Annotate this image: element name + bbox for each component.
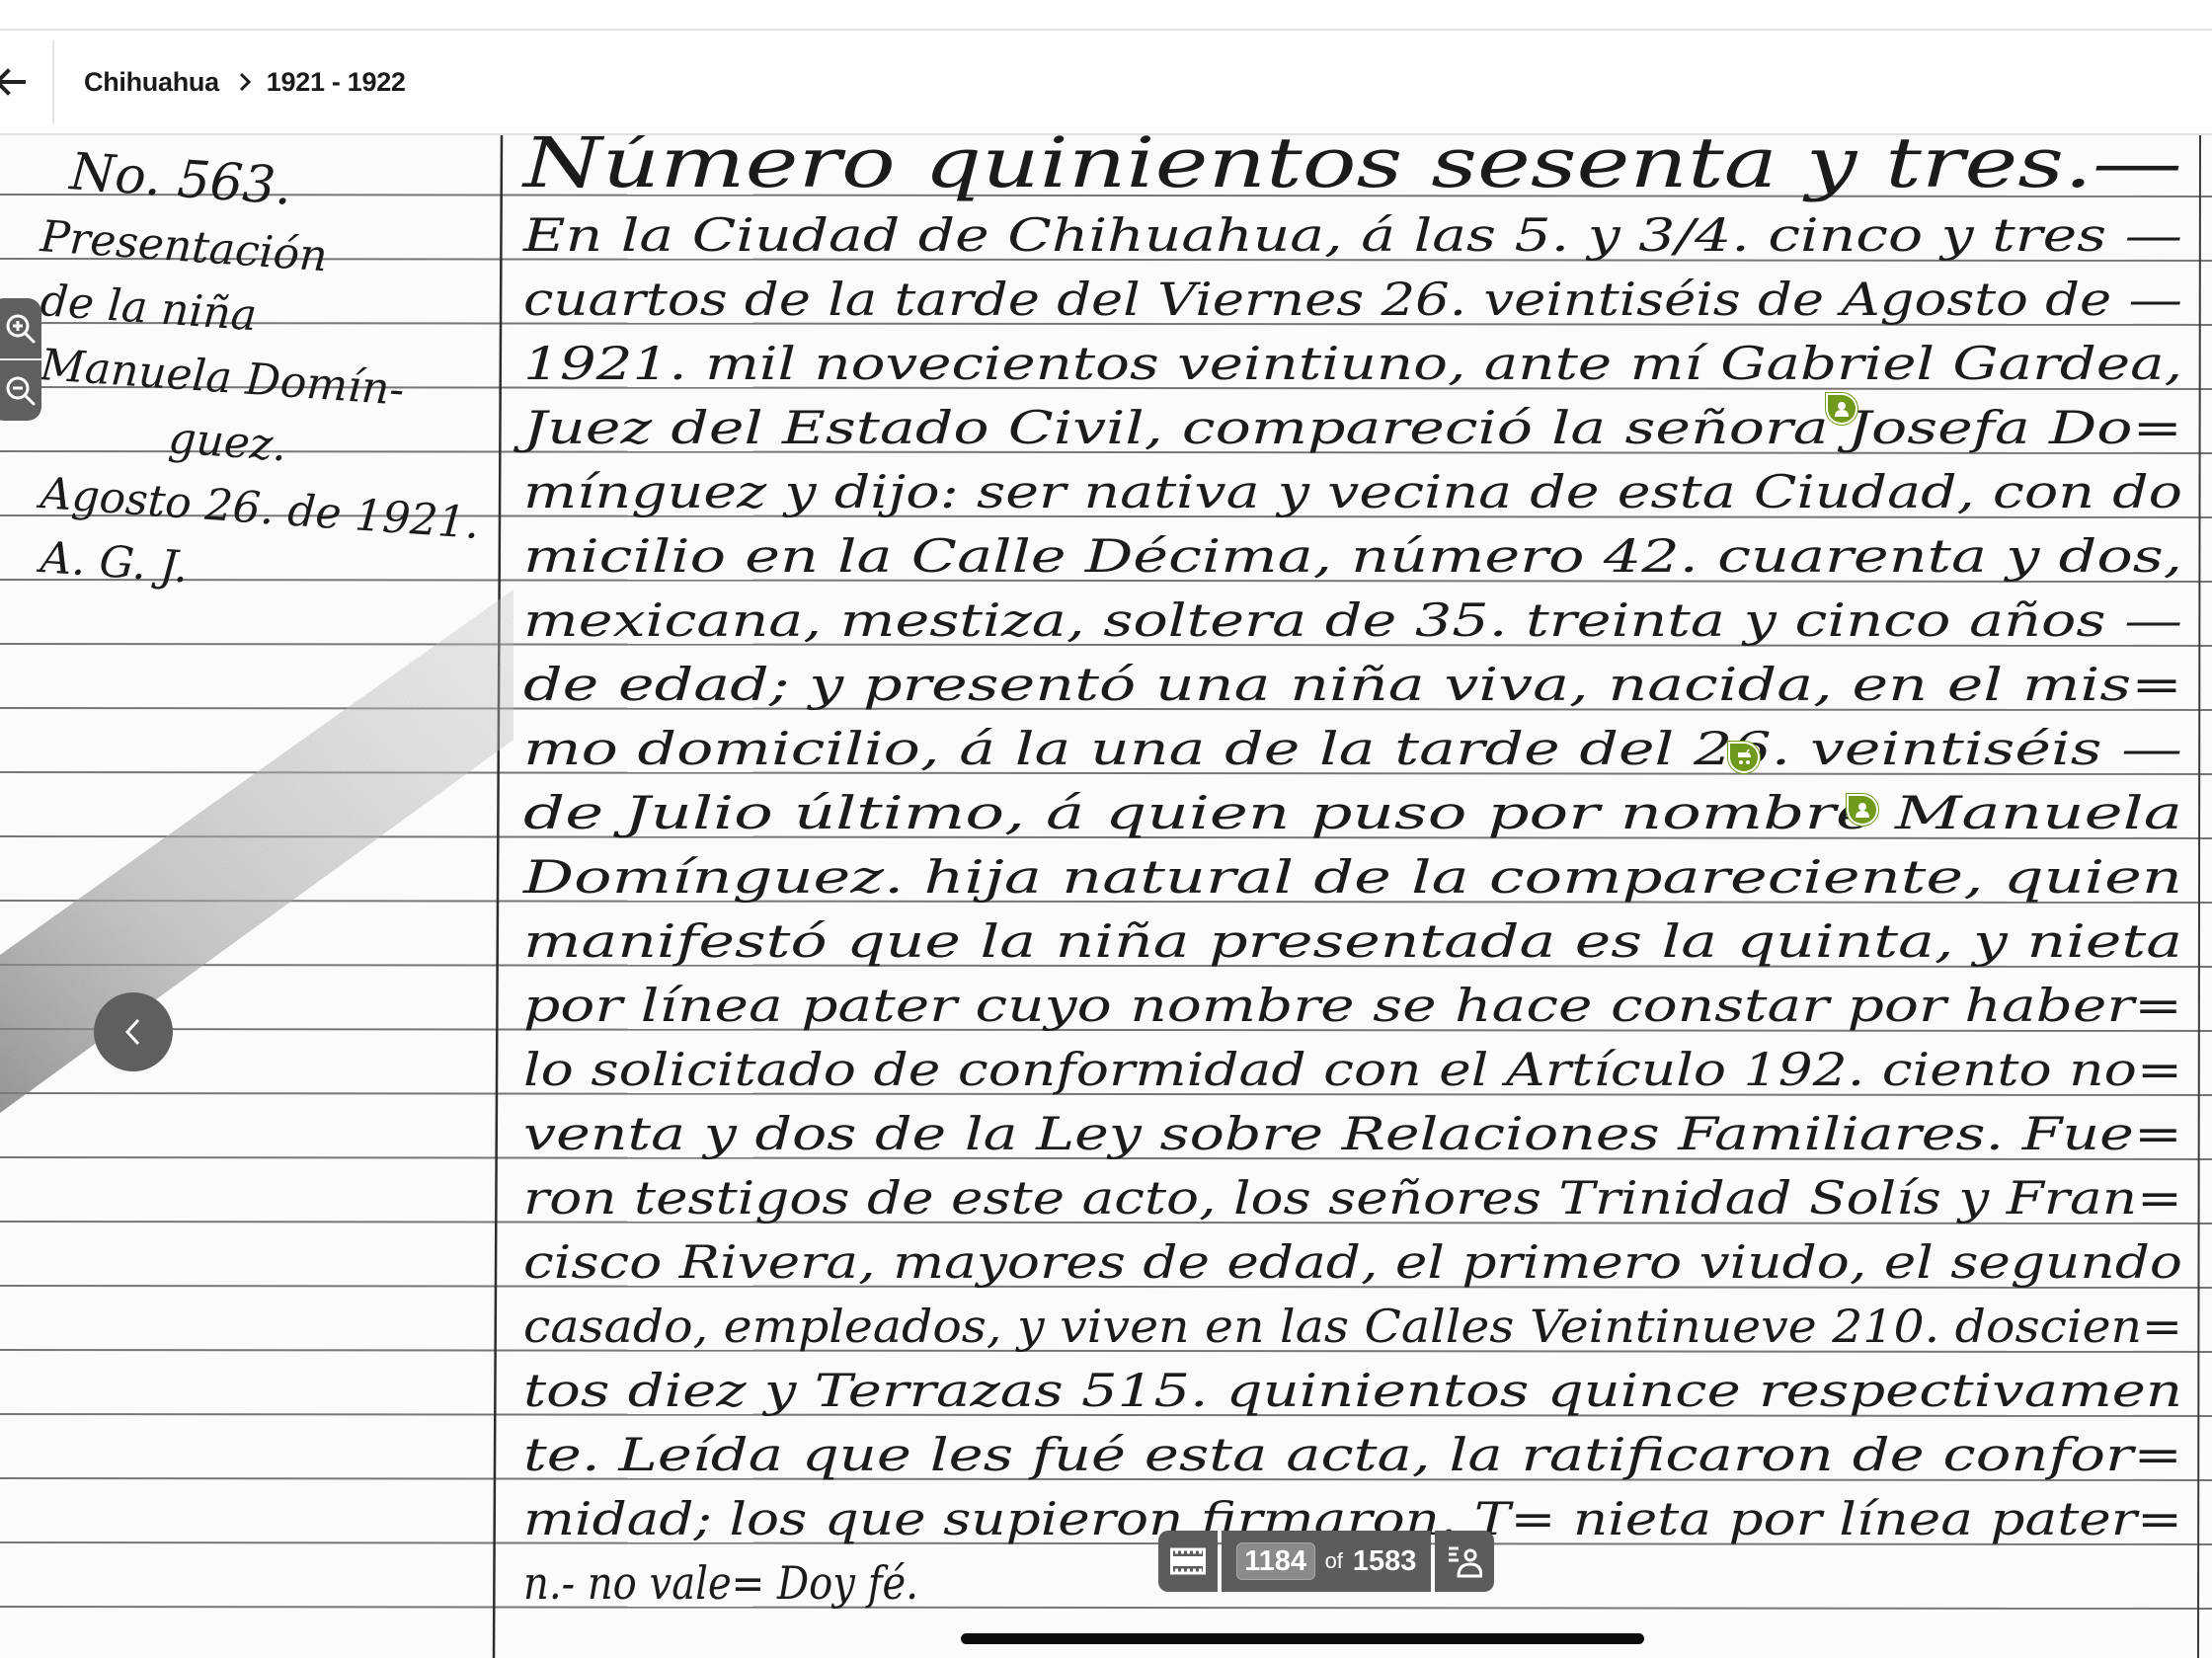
record-text-line: mo domicilio, á la una de la tarde del 2… [523, 722, 2182, 775]
people-list-button[interactable] [1435, 1531, 1494, 1592]
margin-rule [494, 135, 502, 1658]
top-strip [0, 0, 2212, 31]
people-list-icon [1447, 1544, 1482, 1578]
margin-note-line: A. G. J. [35, 532, 190, 593]
record-text-line: 1921. mil novecientos veintiuno, ante mí… [523, 337, 2182, 390]
document-viewer[interactable]: No. 563.Presentaciónde la niñaManuela Do… [0, 135, 2212, 1658]
page-navigator: of 1583 [1222, 1531, 1431, 1592]
filmstrip-button[interactable] [1158, 1531, 1218, 1592]
total-pages: 1583 [1353, 1545, 1417, 1578]
record-text-line: micilio en la Calle Décima, número 42. c… [523, 529, 2182, 583]
chevron-left-icon [121, 1017, 145, 1047]
person-icon [1854, 801, 1871, 819]
record-heading: Número quinientos sesenta y tres.— [520, 135, 2182, 203]
record-text-line: Domínguez. hija natural de la comparecie… [522, 850, 2182, 904]
record-text-line: En la Ciudad de Chihuahua, á las 5. y 3/… [522, 208, 2182, 262]
record-text-line: mínguez y dijo: ser nativa y vecina de e… [523, 465, 2182, 518]
horizontal-scrollbar[interactable] [961, 1633, 1644, 1644]
record-text-line: cisco Rivera, mayores de edad, el primer… [523, 1235, 2182, 1289]
previous-page-button[interactable] [94, 992, 173, 1071]
record-text-line: cuartos de la tarde del Viernes 26. vein… [523, 273, 2182, 326]
record-text-line: Juez del Estado Civil, compareció la señ… [513, 401, 2182, 454]
margin-note-line: Manuela Domín- [38, 340, 406, 416]
arrow-left-icon [0, 62, 30, 102]
zoom-in-button[interactable] [0, 298, 41, 358]
margin-note-line: guez. [167, 413, 288, 471]
person-icon [1833, 400, 1851, 418]
record-text-line: mexicana, mestiza, soltera de 35. treint… [523, 593, 2182, 647]
breadcrumb: Chihuahua 1921 - 1922 [84, 31, 406, 133]
margin-note-line: Presentación [38, 211, 329, 281]
chevron-right-icon [237, 70, 253, 94]
zoom-out-icon [5, 375, 37, 407]
header-divider [52, 40, 54, 123]
person-marker[interactable] [1847, 794, 1878, 826]
document-image: No. 563.Presentaciónde la niñaManuela Do… [0, 135, 2212, 1658]
record-text-line: n.- no vale= Doy fé. [523, 1556, 918, 1610]
record-text-line: manifestó que la niña presentada es la q… [523, 914, 2182, 968]
margin-note-line: de la niña [39, 276, 258, 341]
record-text-line: venta y dos de la Ley sobre Relaciones F… [523, 1107, 2182, 1160]
record-text-line: tos diez y Terrazas 515. quinientos quin… [523, 1364, 2182, 1417]
page-toolbar: of 1583 [1158, 1531, 1494, 1592]
back-button[interactable] [0, 58, 34, 106]
page-of-label: of [1325, 1548, 1343, 1574]
current-page-input[interactable] [1236, 1542, 1315, 1580]
margin-note-line: No. 563. [66, 142, 293, 217]
record-text-line: de Julio último, á quien puso por nombre… [523, 786, 2182, 839]
record-text-line: por línea pater cuyo nombre se hace cons… [523, 979, 2182, 1032]
zoom-in-icon [5, 313, 37, 345]
record-text-line: te. Leída que les fué esta acta, la rati… [523, 1428, 2182, 1481]
record-text-line: casado, empleados, y viven en las Calles… [523, 1300, 2182, 1353]
breadcrumb-item-volume[interactable]: 1921 - 1922 [267, 67, 406, 98]
breadcrumb-item-collection[interactable]: Chihuahua [84, 67, 219, 98]
record-text-line: ron testigos de este acto, los señores T… [523, 1171, 2182, 1224]
header: Chihuahua 1921 - 1922 [0, 31, 2212, 135]
record-text-line: de edad; y presentó una niña viva, nacid… [523, 658, 2182, 711]
person-marker[interactable] [1826, 393, 1857, 425]
birth-marker[interactable] [1728, 742, 1760, 773]
zoom-out-button[interactable] [0, 358, 41, 421]
zoom-controls [0, 298, 41, 421]
baby-carriage-icon [1735, 749, 1753, 766]
record-text-line: lo solicitado de conformidad con el Artí… [523, 1043, 2182, 1096]
filmstrip-icon [1170, 1546, 1206, 1576]
